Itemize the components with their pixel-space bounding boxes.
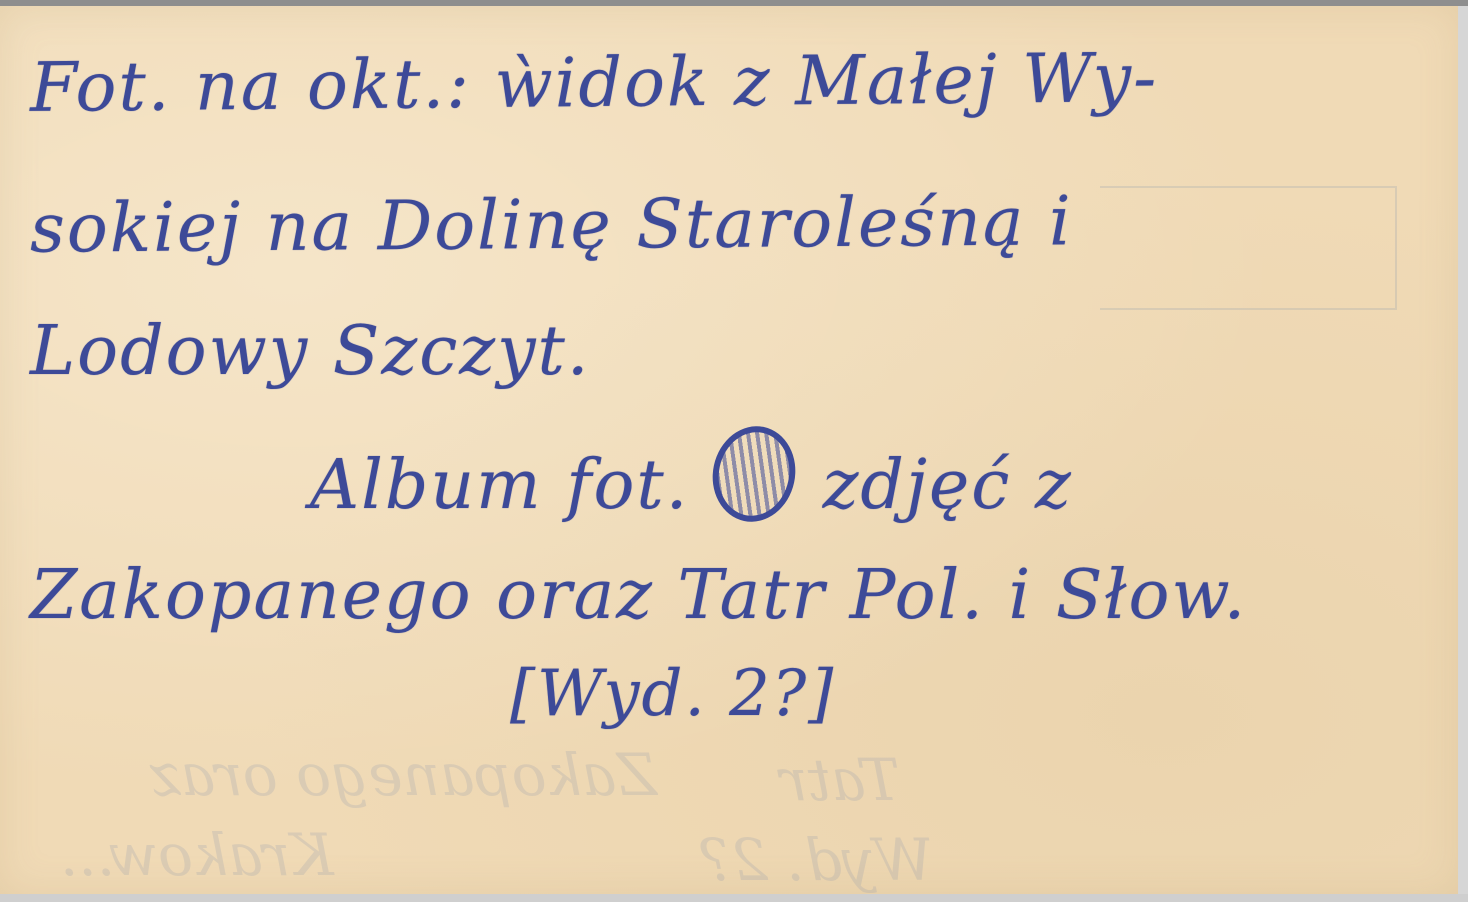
handwritten-line-3: Lodowy Szczyt. [30, 318, 590, 386]
scan-right-edge [1458, 6, 1468, 902]
handwritten-line-6: [Wyd. 2?] [510, 662, 835, 726]
handwritten-line-2: sokiej na Dolinę Staroleśną i [30, 188, 1073, 263]
scan-bottom-edge [0, 894, 1468, 902]
bleed-through-box [1100, 186, 1397, 310]
bleed-through-text: Tatr [780, 746, 900, 814]
bleed-through-text: Wyd. 2? [700, 826, 933, 894]
handwritten-line-5: Zakopanego oraz Tatr Pol. i Słow. [30, 562, 1247, 630]
handwritten-line-4: Album fot. zdjęć z [310, 426, 1073, 522]
handwritten-line-1: Fot. na okt.: ẁidok z Małej Wy- [30, 45, 1159, 123]
catalog-card: Zakopanego oraz Tatr Krakow... Wyd. 2? F… [0, 6, 1458, 894]
bleed-through-text: Zakopanego oraz [150, 741, 657, 809]
struck-out-number [704, 419, 804, 530]
photo-count-text: zdjęć z [823, 446, 1073, 525]
album-label: Album fot. [310, 446, 689, 525]
bleed-through-text: Krakow... [60, 821, 334, 889]
